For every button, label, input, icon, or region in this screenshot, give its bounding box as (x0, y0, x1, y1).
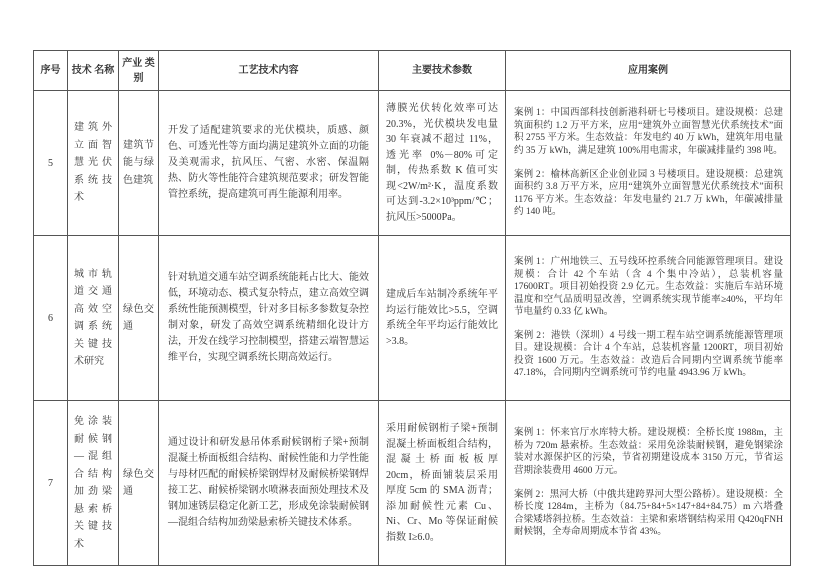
process-content-cell: 开发了适配建筑要求的光伏模块，质感、颜色、可透光性等方面均满足建筑外立面的功能及… (159, 91, 379, 236)
column-header-industry-category: 产业 类别 (119, 51, 159, 91)
case-paragraph: 案例 1：中国西部科技创新港科研七号楼项目。建设规模：总建筑面积约 1.2 万平… (514, 107, 783, 157)
column-header-process-content: 工艺技术内容 (159, 51, 379, 91)
column-header-application-cases: 应用案例 (506, 51, 791, 91)
case-paragraph: 案例 2：黑河大桥（中俄共建跨界河大型公路桥）。建设规模：全桥长度 1284m，… (514, 489, 783, 539)
header-row: 序号 技术 名称 产业 类别 工艺技术内容 主要技术参数 应用案例 (34, 51, 791, 91)
technology-table: 序号 技术 名称 产业 类别 工艺技术内容 主要技术参数 应用案例 5 建筑外立… (33, 50, 791, 566)
column-header-tech-name: 技术 名称 (68, 51, 119, 91)
case-paragraph: 案例 2：港铁（深圳）4 号线一期工程车站空调系统能源管理项目。建设规模：合计 … (514, 330, 783, 380)
category-cell: 绿色交通 (119, 401, 159, 566)
table-row: 5 建筑外立面智慧光伏系统技术 建筑节能与绿色建筑 开发了适配建筑要求的光伏模块… (34, 91, 791, 236)
case-paragraph: 案例 1：怀来官厅水库特大桥。建设规模：全桥长度 1988m，主桥为 720m … (514, 427, 783, 477)
tech-params-cell: 薄膜光伏转化效率可达 20.3%，光伏模块发电量 30 年衰减不超过 11%，透… (379, 91, 506, 236)
tech-params-cell: 建成后车站制冷系统年平均运行能效比>5.5，空调系统全年平均运行能效比>3.8。 (379, 236, 506, 401)
tech-name-cell: 免涂装耐候钢—混组合结构加劲梁悬索桥关键技术 (68, 401, 119, 566)
application-cases-cell: 案例 1：广州地铁三、五号线环控系统合同能源管理项目。建设规模：合计 42 个车… (506, 236, 791, 401)
serial-cell: 7 (34, 401, 68, 566)
serial-cell: 5 (34, 91, 68, 236)
process-content-cell: 通过设计和研发悬吊体系耐候钢桁子梁+预制混凝土桥面板组合结构、耐候性能和力学性能… (159, 401, 379, 566)
table-row: 6 城市轨道交通高效空调系统关键技术研究 绿色交通 针对轨道交通车站空调系统能耗… (34, 236, 791, 401)
case-paragraph: 案例 2：榆林高新区企业创业园 3 号楼项目。建设规模：总建筑面积约 3.8 万… (514, 169, 783, 219)
category-cell: 建筑节能与绿色建筑 (119, 91, 159, 236)
case-paragraph: 案例 1：广州地铁三、五号线环控系统合同能源管理项目。建设规模：合计 42 个车… (514, 256, 783, 319)
process-content-cell: 针对轨道交通车站空调系统能耗占比大、能效低，环境动态、模式复杂特点，建立高效空调… (159, 236, 379, 401)
document-page: 序号 技术 名称 产业 类别 工艺技术内容 主要技术参数 应用案例 5 建筑外立… (0, 0, 818, 578)
table-row: 7 免涂装耐候钢—混组合结构加劲梁悬索桥关键技术 绿色交通 通过设计和研发悬吊体… (34, 401, 791, 566)
column-header-serial: 序号 (34, 51, 68, 91)
tech-params-cell: 采用耐候钢桁子梁+预制混凝土桥面板组合结构，混凝土桥面板板厚 20cm，桥面铺装… (379, 401, 506, 566)
column-header-tech-params: 主要技术参数 (379, 51, 506, 91)
tech-name-cell: 建筑外立面智慧光伏系统技术 (68, 91, 119, 236)
category-cell: 绿色交通 (119, 236, 159, 401)
serial-cell: 6 (34, 236, 68, 401)
application-cases-cell: 案例 1：怀来官厅水库特大桥。建设规模：全桥长度 1988m，主桥为 720m … (506, 401, 791, 566)
application-cases-cell: 案例 1：中国西部科技创新港科研七号楼项目。建设规模：总建筑面积约 1.2 万平… (506, 91, 791, 236)
tech-name-cell: 城市轨道交通高效空调系统关键技术研究 (68, 236, 119, 401)
